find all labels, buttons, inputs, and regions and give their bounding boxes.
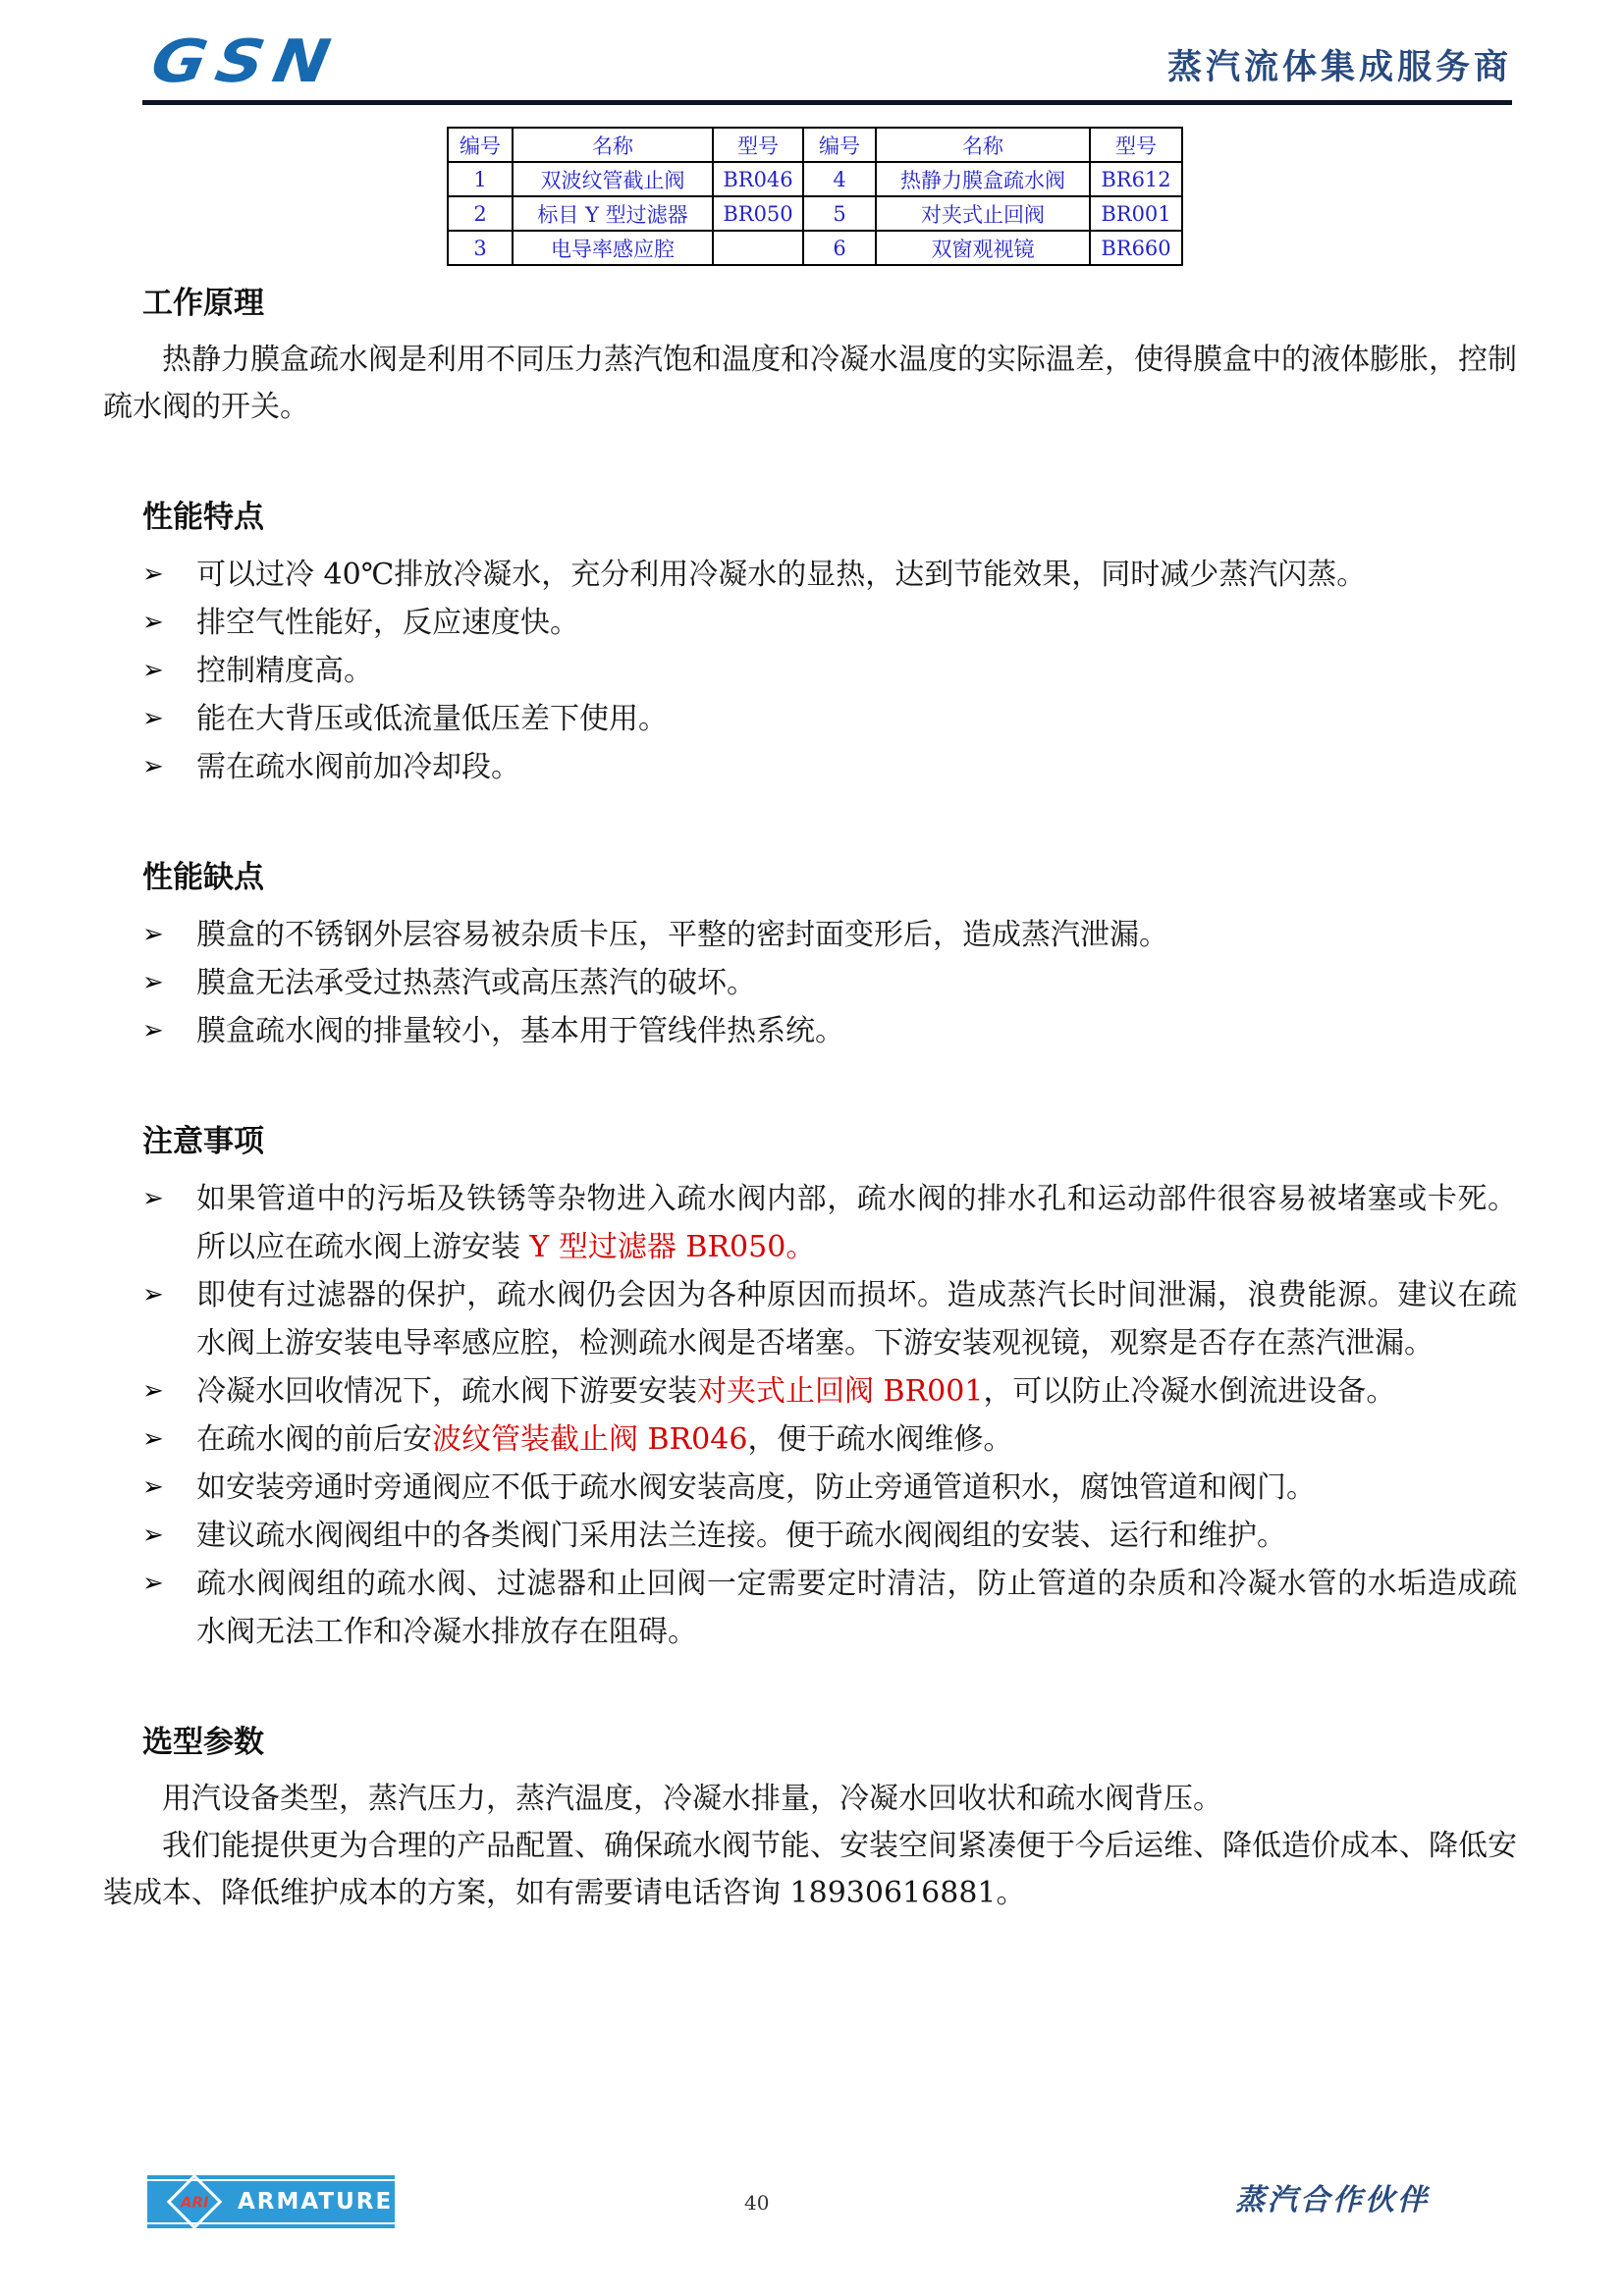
highlight-red-text: Y 型过滤器 BR050。 <box>530 1230 816 1264</box>
list-item-text: ，可以防止冷凝水倒流进设备。 <box>983 1374 1395 1409</box>
arrow-bullet-icon: ➢ <box>142 1415 164 1464</box>
list-item-text: 需在疏水阀前加冷却段。 <box>196 750 520 784</box>
list-item-text: 可以过冷 40℃排放冷凝水，充分利用冷凝水的显热，达到节能效果，同时减少蒸汽闪蒸… <box>196 558 1366 592</box>
arrow-bullet-icon: ➢ <box>142 911 164 959</box>
list-item: ➢需在疏水阀前加冷却段。 <box>103 743 1517 791</box>
ari-armaturen-logo: ARI ARMATUREN <box>147 2175 395 2228</box>
footer-partner-text: 蒸汽合作伙伴 <box>1235 2175 1430 2218</box>
list-item: ➢如安装旁通时旁通阀应不低于疏水阀安装高度，防止旁通管道积水，腐蚀管道和阀门。 <box>103 1464 1517 1512</box>
list-item: ➢膜盒无法承受过热蒸汽或高压蒸汽的破坏。 <box>103 959 1517 1007</box>
table-header-cell: 编号 <box>448 128 513 162</box>
drawbacks-list: ➢膜盒的不锈钢外层容易被杂质卡压，平整的密封面变形后，造成蒸汽泄漏。➢膜盒无法承… <box>103 911 1517 1055</box>
table-cell: BR001 <box>1090 196 1182 231</box>
list-item-text: 建议疏水阀阀组中的各类阀门采用法兰连接。便于疏水阀阀组的安装、运行和维护。 <box>196 1519 1286 1553</box>
section-title-drawbacks: 性能缺点 <box>142 858 1517 897</box>
selection-paragraph-2: 我们能提供更为合理的产品配置、确保疏水阀节能、安装空间紧凑便于今后运维、降低造价… <box>103 1823 1517 1917</box>
table-row: 3电导率感应腔6双窗观视镜BR660 <box>448 231 1182 265</box>
list-item-text: 如安装旁通时旁通阀应不低于疏水阀安装高度，防止旁通管道积水，腐蚀管道和阀门。 <box>196 1470 1316 1505</box>
table-cell: 对夹式止回阀 <box>876 196 1090 231</box>
table-cell: 5 <box>803 196 876 231</box>
list-item-text: 控制精度高。 <box>196 654 373 688</box>
list-item: ➢建议疏水阀阀组中的各类阀门采用法兰连接。便于疏水阀阀组的安装、运行和维护。 <box>103 1512 1517 1560</box>
table-header-cell: 型号 <box>713 128 803 162</box>
parts-table-header: 编号名称型号编号名称型号 <box>448 128 1182 162</box>
arrow-bullet-icon: ➢ <box>142 647 164 695</box>
notes-list: ➢如果管道中的污垢及铁锈等杂物进入疏水阀内部，疏水阀的排水孔和运动部件很容易被堵… <box>103 1175 1517 1656</box>
table-cell: 电导率感应腔 <box>513 231 713 265</box>
table-cell: 1 <box>448 162 513 196</box>
list-item: ➢能在大背压或低流量低压差下使用。 <box>103 695 1517 743</box>
table-cell: 2 <box>448 196 513 231</box>
table-row: 2标目 Y 型过滤器BR0505对夹式止回阀BR001 <box>448 196 1182 231</box>
arrow-bullet-icon: ➢ <box>142 599 164 647</box>
section-title-features: 性能特点 <box>142 498 1517 537</box>
list-item: ➢膜盒的不锈钢外层容易被杂质卡压，平整的密封面变形后，造成蒸汽泄漏。 <box>103 911 1517 959</box>
section-title-notes: 注意事项 <box>142 1122 1517 1161</box>
list-item-text: 膜盒的不锈钢外层容易被杂质卡压，平整的密封面变形后，造成蒸汽泄漏。 <box>196 918 1168 952</box>
arrow-bullet-icon: ➢ <box>142 959 164 1007</box>
arrow-bullet-icon: ➢ <box>142 1464 164 1512</box>
table-header-cell: 名称 <box>513 128 713 162</box>
table-cell: BR050 <box>713 196 803 231</box>
selection-paragraph-1: 用汽设备类型，蒸汽压力，蒸汽温度，冷凝水排量，冷凝水回收状和疏水阀背压。 <box>103 1776 1517 1823</box>
ari-logo-text: ARI <box>181 2193 209 2211</box>
list-item: ➢控制精度高。 <box>103 647 1517 695</box>
list-item-text: 在疏水阀的前后安 <box>196 1422 432 1457</box>
table-row: 1双波纹管截止阀BR0464热静力膜盒疏水阀BR612 <box>448 162 1182 196</box>
table-cell: 4 <box>803 162 876 196</box>
ari-diamond-icon: ARI <box>167 2174 223 2230</box>
header-rule <box>142 100 1512 105</box>
list-item-text: 即使有过滤器的保护，疏水阀仍会因为各种原因而损坏。造成蒸汽长时间泄漏，浪费能源。… <box>196 1278 1517 1361</box>
list-item-text: 疏水阀阀组的疏水阀、过滤器和止回阀一定需要定时清洁，防止管道的杂质和冷凝水管的水… <box>196 1567 1517 1649</box>
features-list: ➢可以过冷 40℃排放冷凝水，充分利用冷凝水的显热，达到节能效果，同时减少蒸汽闪… <box>103 551 1517 791</box>
list-item-text: 膜盒疏水阀的排量较小，基本用于管线伴热系统。 <box>196 1014 844 1048</box>
arrow-bullet-icon: ➢ <box>142 1367 164 1415</box>
parts-table-body: 1双波纹管截止阀BR0464热静力膜盒疏水阀BR6122标目 Y 型过滤器BR0… <box>448 162 1182 265</box>
list-item-text: 膜盒无法承受过热蒸汽或高压蒸汽的破坏。 <box>196 966 756 1000</box>
arrow-bullet-icon: ➢ <box>142 1007 164 1055</box>
list-item-text: ，便于疏水阀维修。 <box>747 1422 1012 1457</box>
page-header: GSN 蒸汽流体集成服务商 <box>0 0 1624 98</box>
armaturen-logo-text: ARMATUREN <box>238 2189 413 2215</box>
table-cell: 标目 Y 型过滤器 <box>513 196 713 231</box>
page-number: 40 <box>744 2191 769 2215</box>
table-cell: BR660 <box>1090 231 1182 265</box>
page-footer: ARI ARMATUREN 40 蒸汽合作伙伴 <box>0 2165 1624 2254</box>
list-item: ➢排空气性能好，反应速度快。 <box>103 599 1517 647</box>
arrow-bullet-icon: ➢ <box>142 551 164 599</box>
arrow-bullet-icon: ➢ <box>142 1271 164 1319</box>
parts-table: 编号名称型号编号名称型号 1双波纹管截止阀BR0464热静力膜盒疏水阀BR612… <box>447 127 1183 266</box>
document-page: GSN 蒸汽流体集成服务商 编号名称型号编号名称型号 1双波纹管截止阀BR046… <box>0 0 1624 2296</box>
table-cell: 双窗观视镜 <box>876 231 1090 265</box>
list-item: ➢疏水阀阀组的疏水阀、过滤器和止回阀一定需要定时清洁，防止管道的杂质和冷凝水管的… <box>103 1560 1517 1656</box>
list-item: ➢可以过冷 40℃排放冷凝水，充分利用冷凝水的显热，达到节能效果，同时减少蒸汽闪… <box>103 551 1517 599</box>
table-cell: BR612 <box>1090 162 1182 196</box>
table-header-cell: 编号 <box>803 128 876 162</box>
list-item: ➢在疏水阀的前后安波纹管装截止阀 BR046，便于疏水阀维修。 <box>103 1415 1517 1464</box>
table-header-cell: 名称 <box>876 128 1090 162</box>
list-item-text: 如果管道中的污垢及铁锈等杂物进入疏水阀内部，疏水阀的排水孔和运动部件很容易被堵塞… <box>196 1182 1517 1264</box>
list-item-text: 排空气性能好，反应速度快。 <box>196 606 579 640</box>
gsn-logo: GSN <box>147 33 344 90</box>
section-title-principle: 工作原理 <box>142 284 1517 323</box>
list-item-text: 能在大背压或低流量低压差下使用。 <box>196 702 668 736</box>
table-cell: 双波纹管截止阀 <box>513 162 713 196</box>
principle-paragraph: 热静力膜盒疏水阀是利用不同压力蒸汽饱和温度和冷凝水温度的实际温差，使得膜盒中的液… <box>103 337 1517 431</box>
document-body: 工作原理 热静力膜盒疏水阀是利用不同压力蒸汽饱和温度和冷凝水温度的实际温差，使得… <box>0 284 1624 1917</box>
list-item: ➢冷凝水回收情况下，疏水阀下游要安装对夹式止回阀 BR001，可以防止冷凝水倒流… <box>103 1367 1517 1415</box>
table-cell <box>713 231 803 265</box>
list-item: ➢膜盒疏水阀的排量较小，基本用于管线伴热系统。 <box>103 1007 1517 1055</box>
highlight-red-text: 对夹式止回阀 BR001 <box>697 1374 983 1409</box>
arrow-bullet-icon: ➢ <box>142 695 164 743</box>
arrow-bullet-icon: ➢ <box>142 743 164 791</box>
arrow-bullet-icon: ➢ <box>142 1560 164 1608</box>
arrow-bullet-icon: ➢ <box>142 1175 164 1223</box>
table-cell: BR046 <box>713 162 803 196</box>
list-item: ➢即使有过滤器的保护，疏水阀仍会因为各种原因而损坏。造成蒸汽长时间泄漏，浪费能源… <box>103 1271 1517 1367</box>
header-tagline: 蒸汽流体集成服务商 <box>1167 45 1512 90</box>
list-item-text: 冷凝水回收情况下，疏水阀下游要安装 <box>196 1374 697 1409</box>
highlight-red-text: 波纹管装截止阀 BR046 <box>432 1422 747 1457</box>
list-item: ➢如果管道中的污垢及铁锈等杂物进入疏水阀内部，疏水阀的排水孔和运动部件很容易被堵… <box>103 1175 1517 1271</box>
table-header-cell: 型号 <box>1090 128 1182 162</box>
section-title-selection: 选型参数 <box>142 1723 1517 1762</box>
arrow-bullet-icon: ➢ <box>142 1512 164 1560</box>
table-cell: 6 <box>803 231 876 265</box>
table-cell: 热静力膜盒疏水阀 <box>876 162 1090 196</box>
table-cell: 3 <box>448 231 513 265</box>
